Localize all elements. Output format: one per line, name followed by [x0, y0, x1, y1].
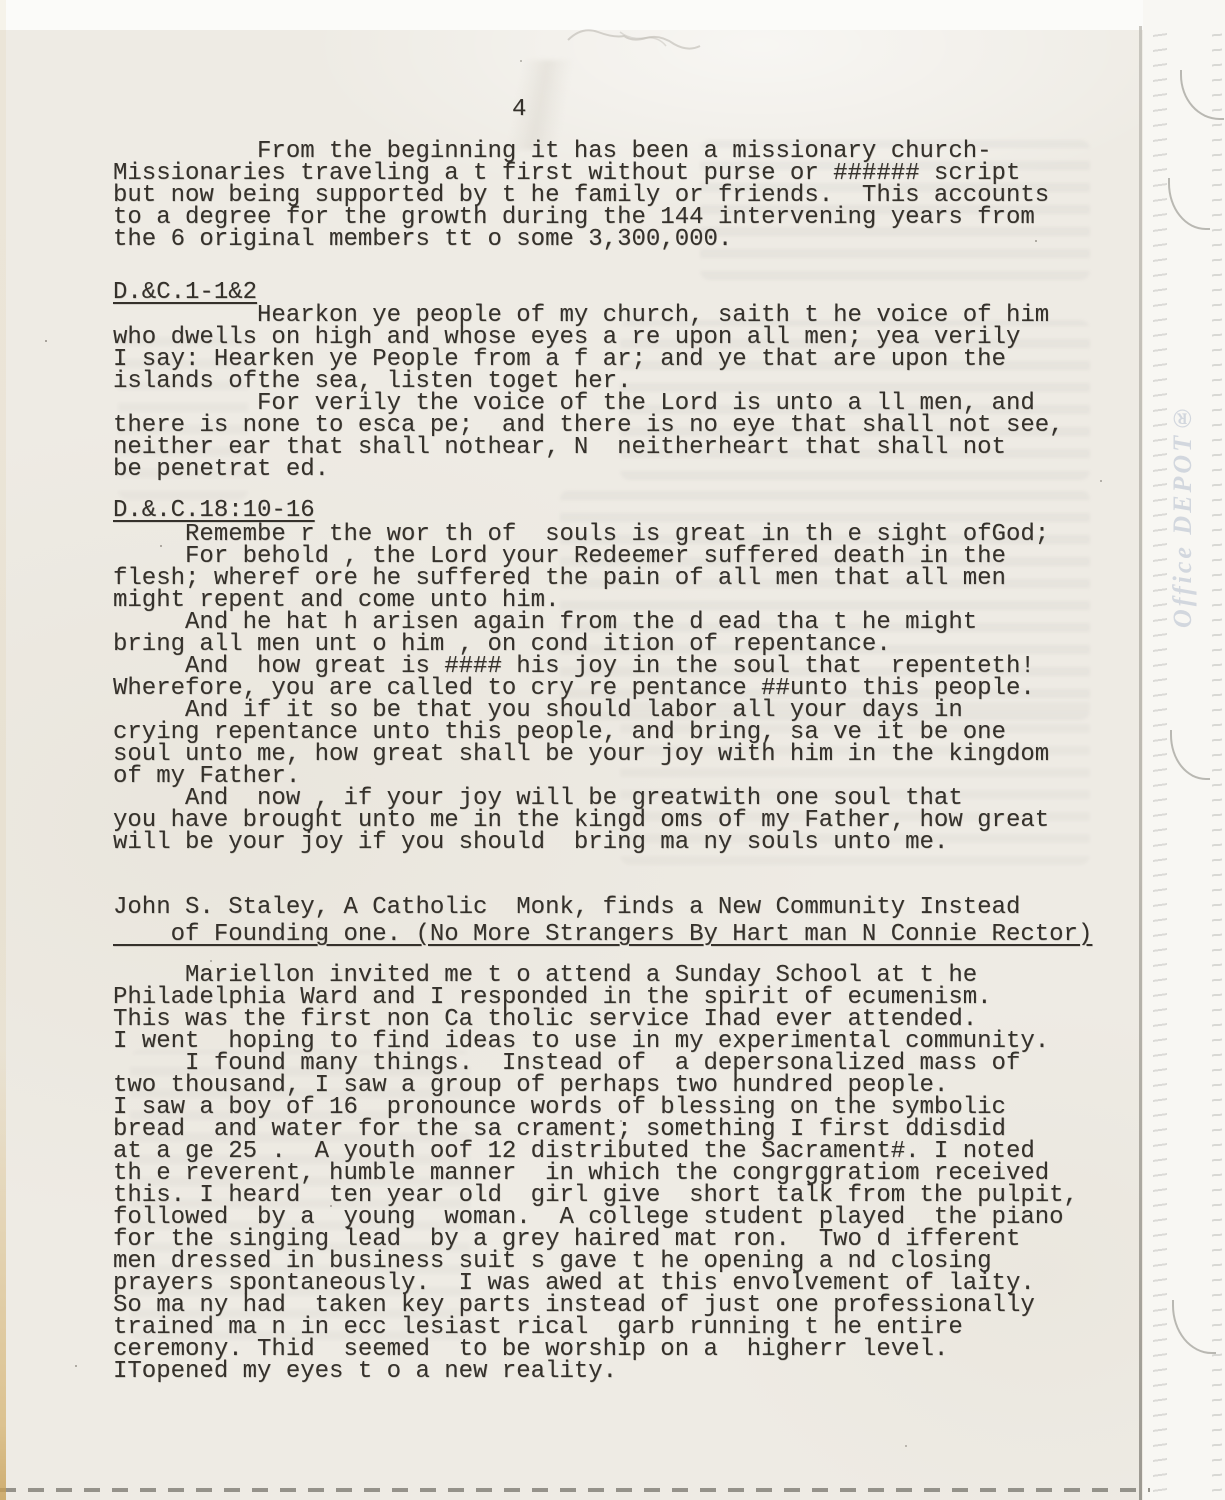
section-heading-dc18: D.&.C.18:10-16	[113, 500, 315, 522]
office-depot-watermark: Office DEPOT®	[1168, 392, 1208, 628]
section-body-dc1: Hearkon ye people of my church, saith t …	[113, 305, 1064, 481]
staley-heading-line1: John S. Staley, A Catholic Monk, finds a…	[113, 897, 1020, 919]
scanned-document-page: 4 From the beginning it has been a missi…	[0, 0, 1225, 1500]
section-heading-dc1: D.&C.1-1&2	[113, 282, 257, 304]
staley-heading-line2: of Founding one. (No More Strangers By H…	[113, 924, 1092, 946]
perforation-ticks	[1212, 30, 1222, 1500]
page-edge-line	[1139, 26, 1142, 1500]
dust-specks	[45, 340, 47, 342]
perforation-ticks	[1153, 29, 1167, 1500]
staley-paragraph: Mariellon invited me t o attend a Sunday…	[113, 965, 1078, 1383]
text-line: ITopened my eyes t o a new reality.	[113, 1361, 1078, 1383]
text-line: will be your joy if you should bring ma …	[113, 832, 1049, 854]
bottom-perforation	[0, 1488, 1150, 1492]
paper-crease	[230, 60, 850, 150]
intro-paragraph: From the beginning it has been a mission…	[113, 141, 1049, 251]
page-number: 4	[512, 99, 526, 121]
smudge-mark	[560, 12, 760, 58]
left-page-edge	[0, 0, 6, 1500]
section-body-dc18: Remembe r the wor th of souls is great i…	[113, 524, 1049, 854]
text-line: the 6 original members tt o some 3,300,0…	[113, 229, 1049, 251]
text-line: be penetrat ed.	[113, 459, 1064, 481]
